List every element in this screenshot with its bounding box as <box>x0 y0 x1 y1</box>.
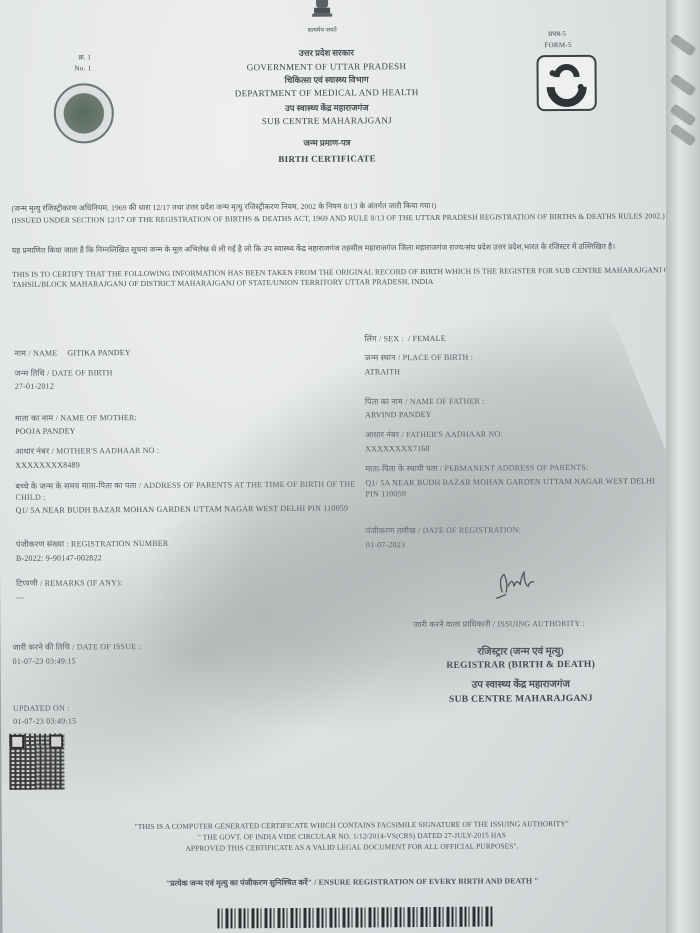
father-name-value: ARVIND PANDEY <box>365 410 432 419</box>
issued-under: (ISSUED UNDER SECTION 12/17 OF THE REGIS… <box>12 211 672 226</box>
permanent-address-value: Q1/ 5A NEAR BUDH BAZAR MOHAN GARDEN UTTA… <box>365 475 655 499</box>
name-value: GITIKA PANDEY <box>67 348 130 357</box>
remarks-label: टिप्पणी / REMARKS (IF ANY): <box>16 577 122 589</box>
permanent-address-label: माता-पिता के स्थायी पता / PERMANENT ADDR… <box>365 462 588 475</box>
signature <box>492 568 542 603</box>
office-name: SUB CENTRE MAHARAJGANJ <box>401 694 641 706</box>
centre-hindi: उप स्वास्थ्य केंद्र महाराजगंज <box>197 102 457 115</box>
mother-aadhaar-value: XXXXXXXX8489 <box>15 460 80 469</box>
name-label: नाम / NAME <box>14 349 57 358</box>
title-hindi: जन्म प्रमाण-पत्र <box>197 137 457 150</box>
registration-number-value: B-2022: 9-90147-002822 <box>16 553 102 563</box>
crs-logo-icon <box>536 55 596 111</box>
registrar-title: REGISTRAR (BIRTH & DEATH) <box>401 660 641 672</box>
mother-name-value: POOJA PANDEY <box>15 426 76 435</box>
barcode-icon <box>217 907 492 929</box>
up-govt-seal-icon <box>54 83 114 143</box>
mother-name-label: माता का नाम / NAME OF MOTHER: <box>15 412 137 424</box>
issue-date-label: जारी करने की तिथि / DATE OF ISSUE : <box>13 641 141 653</box>
sex-label: लिंग / SEX : <box>364 334 404 343</box>
dob-label: जन्म तिथि / DATE OF BIRTH <box>15 367 113 379</box>
certificate-paper: सत्यमेव जयते क्र. 1 No. 1 प्रपत्र-5 FORM… <box>0 0 677 933</box>
mother-aadhaar-label: आधार नंबर / MOTHER'S AADHAAR NO : <box>15 445 159 457</box>
certificate-title: BIRTH CERTIFICATE <box>197 153 457 165</box>
sex-value: / FEMALE <box>408 334 446 343</box>
place-of-birth-value: ATRAITH <box>365 367 401 376</box>
father-name-label: पिता का नाम / NAME OF FATHER : <box>365 396 485 408</box>
dob-value: 27-01-2012 <box>15 382 54 391</box>
form-number: FORM-5 <box>544 41 572 49</box>
sex-field: लिंग / SEX : / FEMALE <box>364 328 446 347</box>
issue-date-value: 01-07-23 03:49:15 <box>13 656 76 665</box>
updated-on-value: 01-07-23 03:49:15 <box>13 716 76 725</box>
govt-name: GOVERNMENT OF UTTAR PRADESH <box>196 61 456 73</box>
office-hindi: उप स्वास्थ्य केंद्र महाराजगंज <box>401 676 641 692</box>
registration-number-label: पंजीकरण संख्या : REGISTRATION NUMBER <box>16 538 169 550</box>
updated-on-label: UPDATED ON : <box>13 704 70 713</box>
emblem-caption: सत्यमेव जयते <box>292 26 352 34</box>
address-at-birth-value: Q1/ 5A NEAR BUDH BAZAR MOHAN GARDEN UTTA… <box>16 502 364 515</box>
serial-hindi: क्र. 1 <box>78 53 90 62</box>
background-edge <box>666 0 700 933</box>
remarks-value: — <box>16 593 24 602</box>
name-field: नाम / NAME GITIKA PANDEY <box>14 342 130 361</box>
father-aadhaar-value: XXXXXXXX7168 <box>365 444 430 453</box>
certify-hindi: यह प्रमाणित किया जाता है कि निम्नलिखित स… <box>12 241 672 256</box>
registration-date-value: 01-07-2023 <box>366 540 405 549</box>
issuing-authority-label: जारी करने वाला प्राधिकारी / ISSUING AUTH… <box>413 618 585 630</box>
registrar-hindi: रजिस्ट्रार (जन्म एवं मृत्यु) <box>401 643 641 659</box>
address-at-birth-label: बच्चे के जन्म के समय माता-पिता का पता / … <box>15 478 363 502</box>
slogan: "प्रत्येक जन्म एवं मृत्यु का पंजीकरण सुन… <box>42 875 662 889</box>
dept-name: DEPARTMENT OF MEDICAL AND HEALTH <box>197 87 457 99</box>
registration-date-label: पंजीकरण तारीख / DATE OF REGISTRATION: <box>366 524 521 536</box>
centre-name: SUB CENTRE MAHARAJGANJ <box>197 115 457 127</box>
govt-hindi: उत्तर प्रदेश सरकार <box>196 47 456 60</box>
certify-statement: THIS IS TO CERTIFY THAT THE FOLLOWING IN… <box>12 265 677 290</box>
father-aadhaar-label: आधार नंबर / FATHER'S AADHAAR NO: <box>365 428 503 440</box>
dept-hindi: चिकित्सा एवं स्वास्थ्य विभाग <box>197 74 457 87</box>
form-hindi: प्रपत्र-5 <box>548 30 566 39</box>
serial-number: No. 1 <box>74 64 91 72</box>
place-of-birth-label: जन्म स्थान / PLACE OF BIRTH : <box>365 352 474 364</box>
qr-code-icon[interactable] <box>9 734 64 790</box>
ashoka-emblem-icon <box>307 0 337 22</box>
